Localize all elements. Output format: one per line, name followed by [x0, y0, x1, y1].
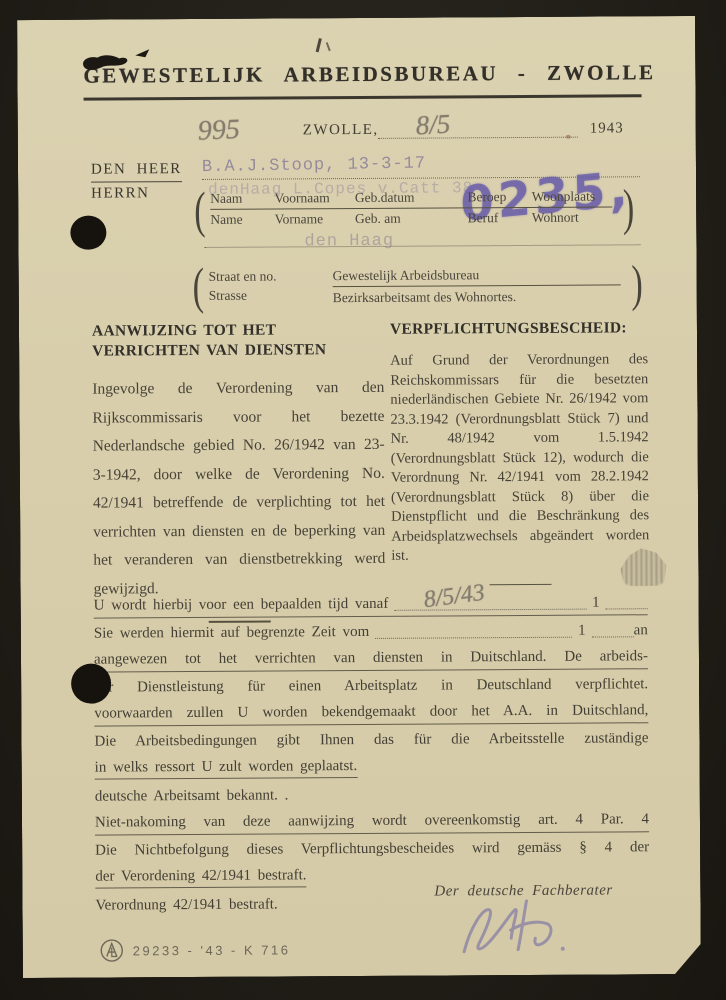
punch-hole: [70, 216, 106, 250]
ink-blot: [79, 45, 169, 80]
penalty-line-nl: Niet-nakoming van deze aanwijzing wordt …: [95, 811, 649, 835]
assignment-line-nl: aangewezen tot het verrichten van dienst…: [94, 648, 648, 672]
open-parenthesis: (: [194, 183, 206, 240]
line-text: der Verordening 42/1941 bestraft.: [95, 867, 306, 888]
date-dotted-line: [378, 137, 578, 139]
field-beroep: Beroep: [467, 189, 531, 205]
assignment-line-de: deutsche Arbeitsamt bekannt. .: [95, 785, 649, 805]
field-header-row-de: Name Vorname Geb. am Beruf Wohnort: [210, 207, 612, 227]
field-gebdatum: Geb.datum: [355, 189, 468, 206]
street-labels: Straat en no. Strasse: [209, 266, 333, 308]
dutch-column: AANWIJZING TOT HET VERRICHTEN VAN DIENST…: [92, 320, 386, 623]
field-beruf: Beruf: [468, 210, 532, 226]
paper-speck: [326, 42, 331, 51]
assignment-line-de: Die Arbeitsbedingungen gibt Ihnen das fü…: [94, 730, 648, 750]
city-label: ZWOLLE,: [303, 122, 379, 139]
close-parenthesis: ): [623, 181, 635, 238]
typed-city: den Haag: [304, 232, 394, 252]
dutch-column-heading: AANWIJZING TOT HET VERRICHTEN VAN DIENST…: [92, 320, 384, 362]
german-column: VERPFLICHTUNGSBESCHEID: Auf Grund der Ve…: [390, 318, 650, 621]
punch-hole: [71, 664, 111, 704]
assignment-line-de: Sie werden hiermit auf begrenzte Zeit vo…: [94, 622, 648, 642]
addressee-field-table: ( ) Naam Voornaam Geb.datum Beroep Woonp…: [196, 188, 626, 228]
german-column-body: Auf Grund der Verordnungen des Reichskom…: [390, 350, 649, 566]
addressee-label: DEN HEER HERRN: [91, 161, 182, 203]
field-name: Name: [210, 212, 274, 228]
line-text: Sie werden hiermit auf begrenzte Zeit vo…: [94, 624, 370, 643]
field-woonplaats: Woonplaats: [532, 188, 612, 204]
handwritten-registration-number: 995: [197, 114, 240, 148]
penalty-line-de: Die Nichtbefolgung dieses Verpflichtungs…: [95, 839, 649, 859]
scanned-document-page: { "header": { "title": "GEWESTELIJK ARBE…: [0, 0, 726, 1000]
field-vorname: Vorname: [275, 211, 355, 227]
assignment-line-de: zur Dienstleistung für einen Arbeitsplat…: [94, 676, 648, 696]
field-voornaam: Voornaam: [274, 190, 354, 206]
printer-monogram-icon: [99, 937, 125, 963]
line-number: 1: [592, 595, 600, 612]
dutch-column-body: Ingevolge de Verordening van den Rijksco…: [92, 374, 385, 604]
legal-columns: AANWIJZING TOT HET VERRICHTEN VAN DIENST…: [92, 318, 650, 623]
field-wohnort: Wohnort: [532, 209, 612, 225]
paper-speck: [316, 38, 322, 52]
street-value-de: Bezirksarbeitsamt des Wohnortes.: [333, 285, 621, 307]
street-block: ( ) Straat en no. Strasse Gewestelijk Ar…: [195, 264, 635, 308]
field-header-row-nl: Naam Voornaam Geb.datum Beroep Woonplaat…: [210, 188, 612, 209]
close-parenthesis: ): [631, 257, 643, 314]
street-label-nl: Straat en no.: [209, 266, 333, 286]
fill-in-dotted-line: [375, 637, 572, 639]
street-values: Gewestelijk Arbeidsbureau Bezirksarbeits…: [333, 264, 621, 307]
typed-name-line: B.A.J.Stoop, 13-3-17: [202, 154, 426, 177]
handwritten-signature: [440, 894, 610, 965]
street-label-de: Strasse: [209, 285, 333, 305]
column-divider-rule: [490, 583, 552, 585]
addressee-label-nl: DEN HEER: [91, 161, 182, 183]
fill-in-dotted-line: [394, 609, 586, 611]
date-line: 995 ZWOLLE, 8/5 1943: [198, 116, 648, 145]
year-label: 1943: [590, 120, 624, 137]
title-underline: [84, 94, 642, 100]
street-value-nl: Gewestelijk Arbeidsbureau: [333, 264, 621, 287]
line-number: 1: [578, 623, 586, 640]
assignment-line-nl: voorwaarden zullen U worden bekendgemaak…: [94, 702, 648, 726]
assignment-line-nl: in welks ressort U zult worden geplaatst…: [95, 756, 649, 779]
assignment-line-nl: U wordt hierbij voor een bepaalden tijd …: [94, 594, 648, 618]
line-text: an: [634, 622, 648, 639]
fill-in-dotted-line: [592, 636, 634, 637]
line-text: U wordt hierbij voor een bepaalden tijd …: [94, 596, 389, 615]
open-parenthesis: (: [193, 259, 205, 316]
handwritten-date: 8/5: [415, 109, 451, 142]
document-paper: GEWESTELIJK ARBEIDSBUREAU - ZWOLLE 995 Z…: [17, 16, 701, 978]
field-geb-am: Geb. am: [355, 210, 468, 227]
fill-in-dotted-line: [606, 608, 648, 609]
german-column-heading: VERPFLICHTUNGSBESCHEID:: [390, 318, 648, 340]
assignment-text-block: 8/5/43 U wordt hierbij voor een bepaalde…: [94, 594, 650, 923]
printer-imprint: 29233 - '43 - K 716: [99, 936, 291, 963]
imprint-text: 29233 - '43 - K 716: [133, 942, 291, 958]
line-text: in welks ressort U zult worden geplaatst…: [95, 758, 358, 780]
field-naam: Naam: [210, 191, 274, 207]
city-dotted-line: den Haag: [204, 244, 640, 248]
addressee-label-de: HERRN: [91, 185, 182, 203]
